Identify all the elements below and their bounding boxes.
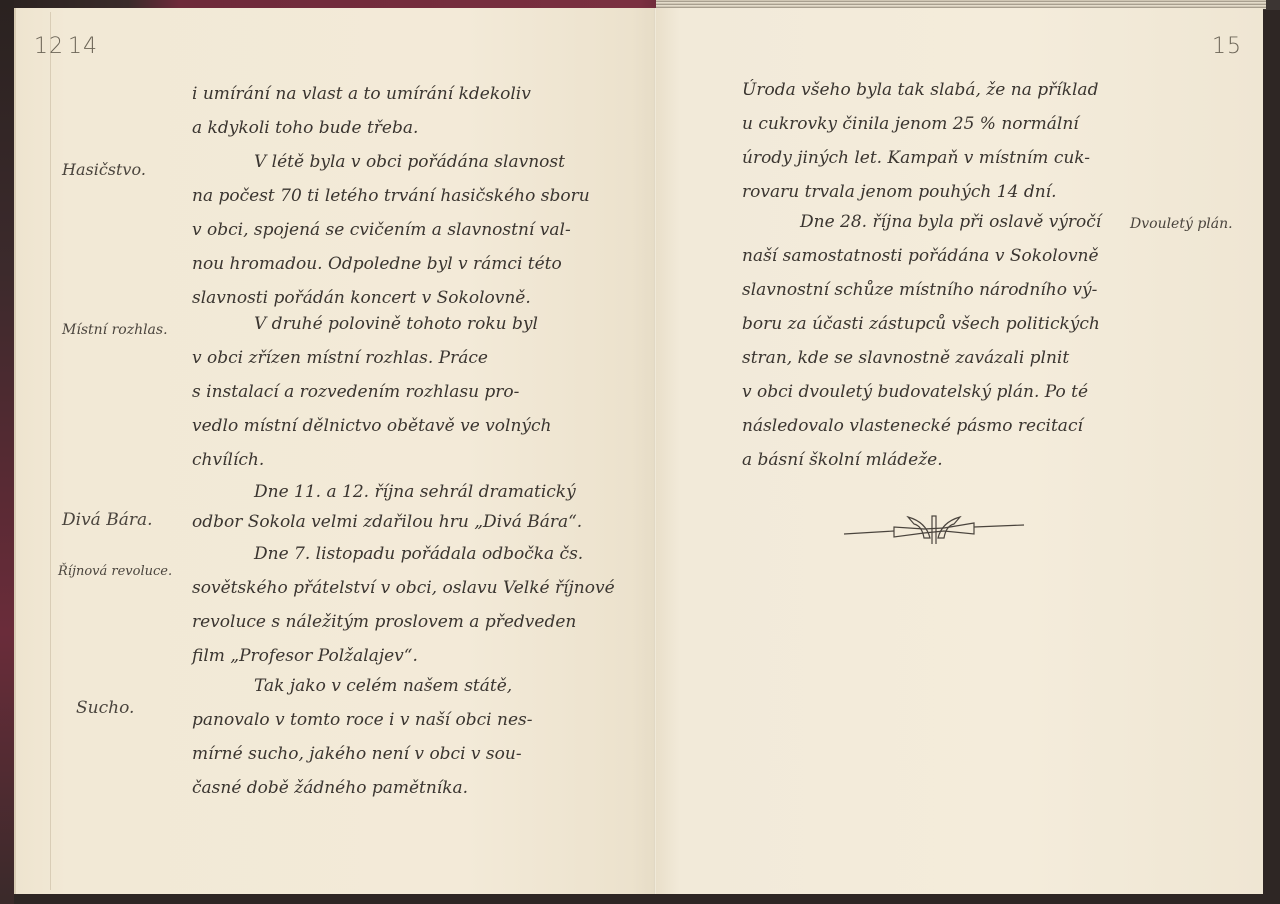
margin-note-diva-bara: Divá Bára. <box>62 510 153 530</box>
text-line: odbor Sokola velmi zdařilou hru „Divá Bá… <box>192 512 582 532</box>
book-cover-left-edge <box>0 0 14 904</box>
text-line: na počest 70 ti letého trvání hasičského… <box>192 186 590 206</box>
text-line: mírné sucho, jakého není v obci v sou- <box>192 744 522 764</box>
margin-note-mistni-rozhlas: Místní rozhlas. <box>62 322 168 338</box>
end-flourish-ornament <box>842 500 1028 544</box>
text-line: V druhé polovině tohoto roku byl <box>254 314 538 334</box>
margin-note-rijnova-revoluce: Říjnová revoluce. <box>58 564 172 579</box>
text-line: u cukrovky činila jenom 25 % normální <box>742 114 1079 134</box>
text-line: Tak jako v celém našem státě, <box>254 676 512 696</box>
text-line: následovalo vlastenecké pásmo recitací <box>742 416 1083 436</box>
text-line: sovětského přátelství v obci, oslavu Vel… <box>192 578 615 598</box>
text-line: a básní školní mládeže. <box>742 450 943 470</box>
text-line: boru za účasti zástupců všech politickýc… <box>742 314 1100 334</box>
text-line: Úroda všeho byla tak slabá, že na příkla… <box>742 80 1098 100</box>
text-line: i umírání na vlast a to umírání kdekoliv <box>192 84 531 104</box>
text-line: naší samostatnosti pořádána v Sokolovně <box>742 246 1099 266</box>
text-line: slavnosti pořádán koncert v Sokolovně. <box>192 288 531 308</box>
text-line: revoluce s náležitým proslovem a předved… <box>192 612 576 632</box>
text-line: a kdykoli toho bude třeba. <box>192 118 418 138</box>
margin-note-hasicstvo: Hasičstvo. <box>62 160 146 179</box>
text-line: chvílích. <box>192 450 264 470</box>
text-line: úrody jiných let. Kampaň v místním cuk- <box>742 148 1090 168</box>
underlying-page-edge <box>50 12 51 890</box>
page-number: 15 <box>1212 34 1242 59</box>
text-line: V létě byla v obci pořádána slavnost <box>254 152 565 172</box>
right-page: 15 Dvouletý plán. Úroda všeho byla tak s… <box>656 8 1263 894</box>
text-line: v obci dvouletý budovatelský plán. Po té <box>742 382 1088 402</box>
page-number: 14 <box>68 34 98 59</box>
text-line: rovaru trvala jenom pouhých 14 dní. <box>742 182 1057 202</box>
text-line: nou hromadou. Odpoledne byl v rámci této <box>192 254 562 274</box>
text-line: Dne 28. října byla při oslavě výročí <box>800 212 1101 232</box>
text-line: slavnostní schůze místního národního vý- <box>742 280 1097 300</box>
left-page: 12 14 Hasičstvo. Místní rozhlas. Divá Bá… <box>14 8 656 894</box>
margin-note-sucho: Sucho. <box>76 698 134 718</box>
page-number-old: 12 <box>34 34 64 59</box>
text-line: v obci zřízen místní rozhlas. Práce <box>192 348 488 368</box>
text-line: časné době žádného pamětníka. <box>192 778 468 798</box>
text-line: stran, kde se slavnostně zavázali plnit <box>742 348 1069 368</box>
text-line: Dne 11. a 12. října sehrál dramatický <box>254 482 576 502</box>
text-line: Dne 7. listopadu pořádala odbočka čs. <box>254 544 583 564</box>
text-line: panovalo v tomto roce i v naší obci nes- <box>192 710 532 730</box>
text-line: film „Profesor Polžalajev“. <box>192 646 418 666</box>
margin-note-dvouletý-plan: Dvouletý plán. <box>1130 216 1233 232</box>
text-line: v obci, spojená se cvičením a slavnostní… <box>192 220 571 240</box>
text-line: vedlo místní dělnictvo obětavě ve volnýc… <box>192 416 551 436</box>
text-line: s instalací a rozvedením rozhlasu pro- <box>192 382 519 402</box>
